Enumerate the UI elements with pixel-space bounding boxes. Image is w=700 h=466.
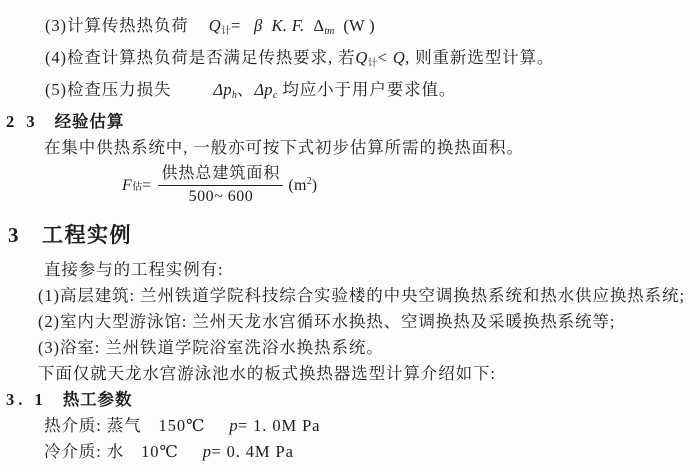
section-heading-3-1: 3. 1热工参数 bbox=[0, 387, 700, 413]
step-text: 检查计算热负荷是否满足传热要求, 若 bbox=[67, 48, 355, 67]
param-label: 冷介质: 水 bbox=[44, 442, 124, 461]
beta-symbol: β bbox=[254, 16, 263, 35]
estimation-formula: F估= 供热总建筑面积500~ 600(m2) bbox=[0, 161, 700, 210]
fraction-denominator: 500~ 600 bbox=[158, 186, 283, 206]
equals-sign: = bbox=[231, 16, 245, 35]
q-required-symbol: Q bbox=[393, 48, 405, 67]
q-symbol: Q bbox=[355, 48, 367, 67]
section-title: 经验估算 bbox=[55, 112, 125, 131]
step-item-5: (5)检查压力损失Δph、Δpc 均应小于用户要求值。 bbox=[0, 77, 700, 109]
delta-symbol: Δ bbox=[313, 16, 324, 35]
watt-unit: (W ) bbox=[343, 16, 375, 35]
pressure-expression: p= 0. 4M Pa bbox=[203, 442, 294, 461]
example-item-1: (1)高层建筑: 兰州铁道学院科技综合实验楼的中央空调换热系统和热水供应换热系统… bbox=[0, 283, 700, 309]
dp-hot-symbol: Δp bbox=[213, 80, 232, 99]
q-subscript: 计 bbox=[221, 26, 231, 37]
section-number: 3. 1 bbox=[6, 390, 47, 409]
equals-sign: = bbox=[142, 177, 151, 195]
section-number: 2 3 bbox=[6, 112, 39, 131]
delta-subscript: tm bbox=[324, 26, 334, 37]
q-symbol: Q bbox=[209, 16, 221, 35]
section-heading-2-3: 2 3经验估算 bbox=[0, 109, 700, 135]
param-temperature: 10℃ bbox=[141, 442, 179, 461]
step-label: 检查压力损失 bbox=[67, 80, 171, 99]
examples-outro: 下面仅就天龙水宫游泳池水的板式换热器选型计算介绍如下: bbox=[0, 361, 700, 387]
enumeration-comma: 、 bbox=[237, 80, 254, 99]
less-than-sign: < bbox=[378, 48, 393, 67]
unit-post: ) bbox=[312, 177, 318, 194]
p-value: = 0. 4M Pa bbox=[211, 442, 293, 461]
step-label: 计算传热热负荷 bbox=[67, 16, 189, 35]
param-temperature: 150℃ bbox=[159, 416, 206, 435]
examples-intro: 直接参与的工程实例有: bbox=[0, 257, 700, 283]
param-label: 热介质: 蒸气 bbox=[44, 416, 142, 435]
kf-factors: K. F. bbox=[272, 16, 305, 35]
chapter-heading-3: 3工程实例 bbox=[0, 220, 700, 250]
chapter-title: 工程实例 bbox=[42, 223, 132, 247]
step-item-4: (4)检查计算热负荷是否满足传热要求, 若Q计< Q, 则重新选型计算。 bbox=[0, 45, 700, 77]
step-item-3: (3)计算传热热负荷Q计= βK. F.Δtm(W ) bbox=[0, 13, 700, 45]
chapter-number: 3 bbox=[8, 223, 20, 247]
step-text-after: 均应小于用户要求值。 bbox=[277, 80, 456, 99]
document-page: (3)计算传热热负荷Q计= βK. F.Δtm(W ) (4)检查计算热负荷是否… bbox=[0, 0, 700, 466]
estimation-paragraph: 在集中供热系统中, 一般亦可按下式初步估算所需的换热面积。 bbox=[0, 135, 700, 161]
step-prefix: (5) bbox=[45, 80, 67, 99]
unit-pre: (m bbox=[288, 177, 306, 194]
param-line-cold: 冷介质: 水10℃p= 0. 4M Pa bbox=[0, 439, 700, 465]
q-subscript: 计 bbox=[368, 58, 378, 69]
step-prefix: (4) bbox=[45, 48, 67, 67]
area-unit: (m2) bbox=[288, 176, 317, 195]
p-symbol: p bbox=[229, 416, 238, 435]
step-text-after: , 则重新选型计算。 bbox=[405, 48, 554, 67]
f-subscript: 估 bbox=[132, 178, 142, 193]
f-symbol: F bbox=[122, 177, 132, 195]
dp-cold-symbol: Δp bbox=[254, 80, 273, 99]
param-line-hot: 热介质: 蒸气150℃p= 1. 0M Pa bbox=[0, 413, 700, 439]
pressure-loss-expression: Δph、Δpc 均应小于用户要求值。 bbox=[213, 80, 456, 99]
fraction-numerator: 供热总建筑面积 bbox=[158, 165, 283, 186]
section-title: 热工参数 bbox=[63, 390, 133, 409]
example-item-2: (2)室内大型游泳馆: 兰州天龙水宫循环水换热、空调换热及采暖换热系统等; bbox=[0, 309, 700, 335]
pressure-expression: p= 1. 0M Pa bbox=[229, 416, 320, 435]
fraction: 供热总建筑面积500~ 600 bbox=[158, 165, 283, 207]
step-prefix: (3) bbox=[45, 16, 67, 35]
heat-load-formula: Q计= βK. F.Δtm(W ) bbox=[209, 16, 375, 35]
example-item-3: (3)浴室: 兰州铁道学院浴室洗浴水换热系统。 bbox=[0, 335, 700, 361]
p-value: = 1. 0M Pa bbox=[238, 416, 320, 435]
